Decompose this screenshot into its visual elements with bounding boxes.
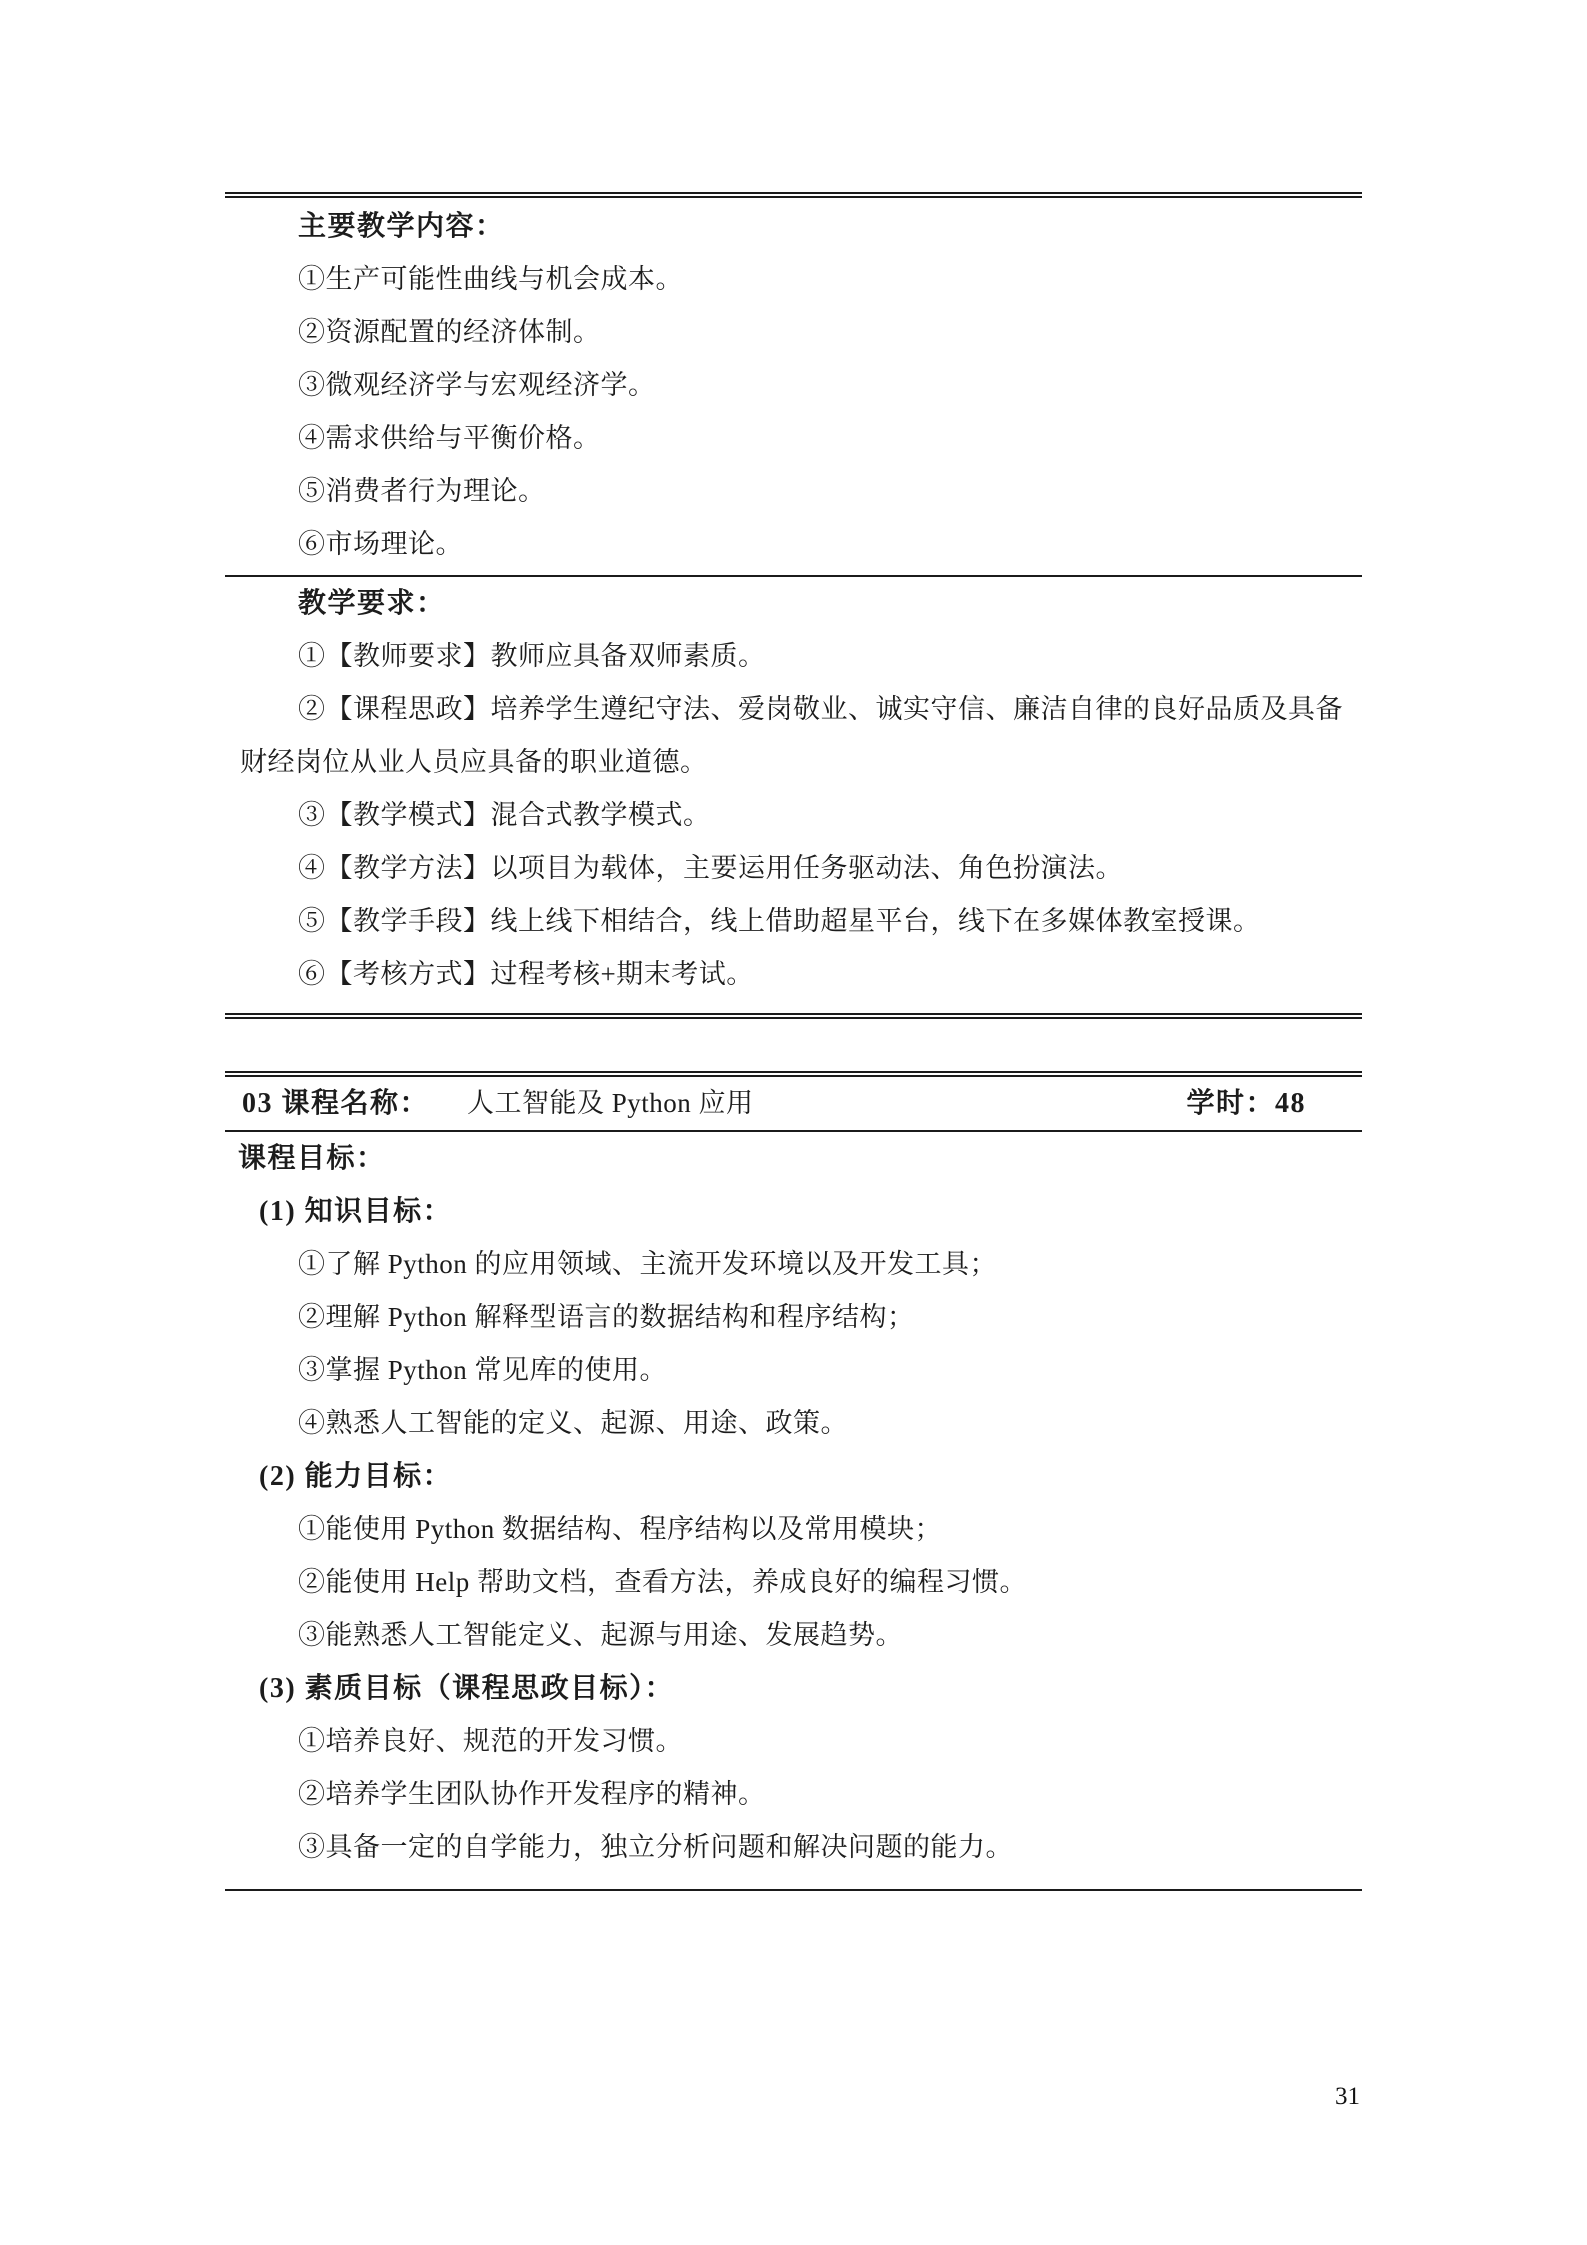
list-item: ②培养学生团队协作开发程序的精神。 [225,1768,1362,1821]
list-item: ①培养良好、规范的开发习惯。 [225,1715,1362,1768]
section-teaching-content: 主要教学内容： ①生产可能性曲线与机会成本。 ②资源配置的经济体制。 ③微观经济… [225,198,1362,575]
list-item: ③能熟悉人工智能定义、起源与用途、发展趋势。 [225,1609,1362,1662]
list-item: ②【课程思政】培养学生遵纪守法、爱岗敬业、诚实守信、廉洁自律的良好品质及具备 [225,683,1362,736]
list-item: ③【教学模式】混合式教学模式。 [225,789,1362,842]
list-item: ①【教师要求】教师应具备双师素质。 [225,630,1362,683]
list-item: ⑥【考核方式】过程考核+期末考试。 [225,948,1362,1001]
table2-bottom-rule [225,1889,1362,1891]
list-item: ⑤【教学手段】线上线下相结合，线上借助超星平台，线下在多媒体教室授课。 [225,895,1362,948]
list-item: ④【教学方法】以项目为载体，主要运用任务驱动法、角色扮演法。 [225,842,1362,895]
list-item: ⑤消费者行为理论。 [225,465,1362,518]
list-item: ⑥市场理论。 [225,518,1362,571]
list-item: ③具备一定的自学能力，独立分析问题和解决问题的能力。 [225,1821,1362,1874]
objective-group-title: (1) 知识目标： [225,1185,1362,1238]
section-teaching-requirements: 教学要求： ①【教师要求】教师应具备双师素质。 ②【课程思政】培养学生遵纪守法、… [225,577,1362,1013]
syllabus-table-area: 主要教学内容： ①生产可能性曲线与机会成本。 ②资源配置的经济体制。 ③微观经济… [225,0,1362,1891]
course-name: 人工智能及 Python 应用 [467,1088,754,1118]
list-item: ③掌握 Python 常见库的使用。 [225,1344,1362,1397]
section-heading: 教学要求： [225,577,1362,630]
hours-value: 48 [1275,1088,1306,1119]
objective-group-title: (3) 素质目标（课程思政目标）： [225,1662,1362,1715]
hours-label: 学时： [1186,1088,1275,1119]
list-item: ②理解 Python 解释型语言的数据结构和程序结构； [225,1291,1362,1344]
list-item: ②资源配置的经济体制。 [225,306,1362,359]
page-footer: 31 [0,2083,1360,2111]
document-page: 主要教学内容： ①生产可能性曲线与机会成本。 ②资源配置的经济体制。 ③微观经济… [0,0,1587,2245]
list-item: ①能使用 Python 数据结构、程序结构以及常用模块； [225,1503,1362,1556]
list-item: ①了解 Python 的应用领域、主流开发环境以及开发工具； [225,1238,1362,1291]
section-course-objectives: 课程目标： (1) 知识目标： ①了解 Python 的应用领域、主流开发环境以… [225,1132,1362,1889]
list-item: ③微观经济学与宏观经济学。 [225,359,1362,412]
gap-between-tables [225,1019,1362,1071]
list-item: ①生产可能性曲线与机会成本。 [225,253,1362,306]
section-heading: 课程目标： [225,1132,1362,1185]
top-margin [225,0,1362,192]
objective-group-title: (2) 能力目标： [225,1450,1362,1503]
course-header-row: 03 课程名称：人工智能及 Python 应用 学时：48 [225,1077,1362,1130]
list-item: ②能使用 Help 帮助文档，查看方法，养成良好的编程习惯。 [225,1556,1362,1609]
list-item: ④需求供给与平衡价格。 [225,412,1362,465]
section-heading: 主要教学内容： [225,200,1362,253]
course-hours: 学时：48 [1186,1077,1306,1130]
list-item: ④熟悉人工智能的定义、起源、用途、政策。 [225,1397,1362,1450]
list-item-continuation: 财经岗位从业人员应具备的职业道德。 [225,736,1362,789]
page-number: 31 [1335,2083,1360,2110]
course-number-label: 03 课程名称： [242,1088,429,1119]
